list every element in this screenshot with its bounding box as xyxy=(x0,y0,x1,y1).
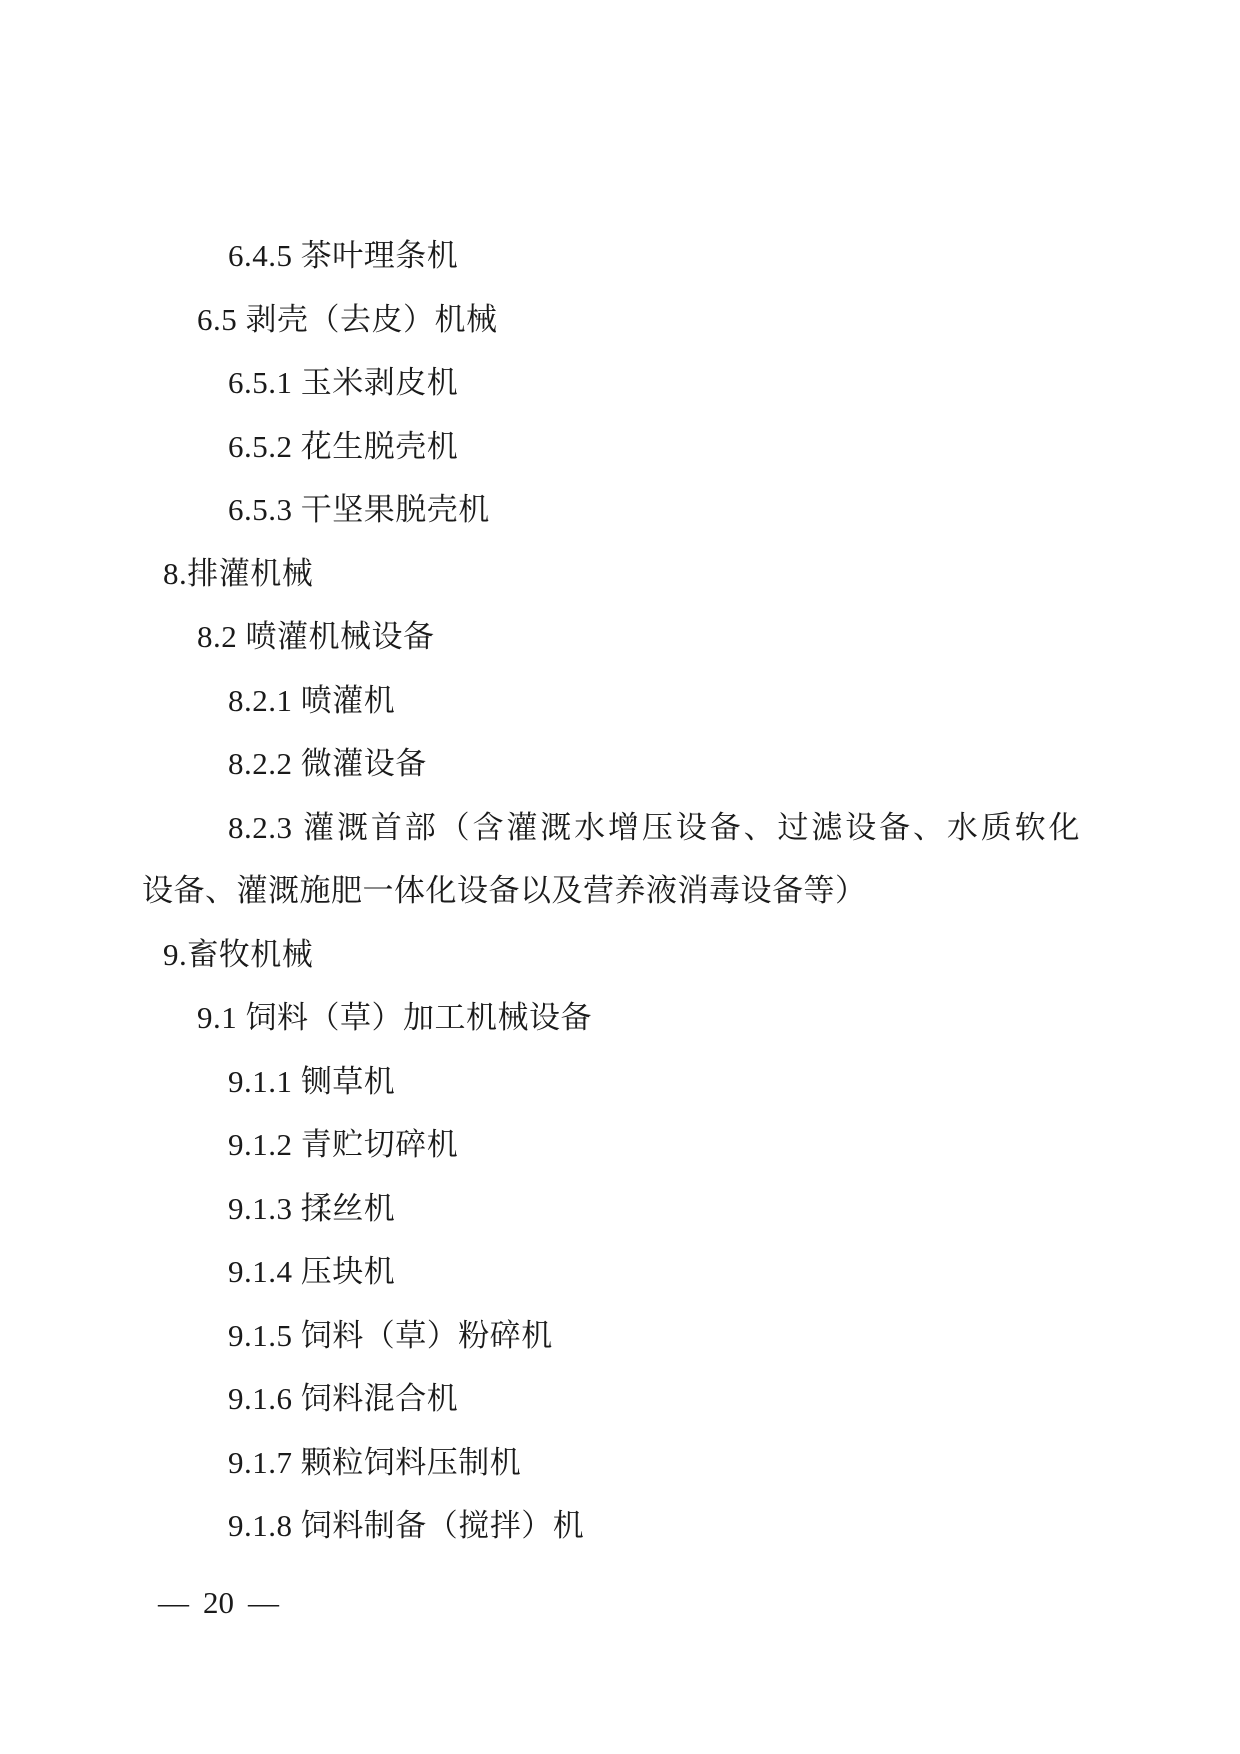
doc-line: 9.1.2 青贮切碎机 xyxy=(142,1113,1080,1177)
document-page: 6.4.5 茶叶理条机6.5 剥壳（去皮）机械6.5.1 玉米剥皮机6.5.2 … xyxy=(0,0,1240,1754)
document-body: 6.4.5 茶叶理条机6.5 剥壳（去皮）机械6.5.1 玉米剥皮机6.5.2 … xyxy=(142,224,1080,1558)
doc-line: 9.1.1 铡草机 xyxy=(142,1050,1080,1114)
doc-line: 6.4.5 茶叶理条机 xyxy=(142,224,1080,288)
doc-line: 6.5.3 干坚果脱壳机 xyxy=(142,478,1080,542)
doc-line: 8.排灌机械 xyxy=(142,542,1080,606)
doc-line: 9.1.4 压块机 xyxy=(142,1240,1080,1304)
doc-line: 9.1 饲料（草）加工机械设备 xyxy=(142,986,1080,1050)
doc-line: 9.畜牧机械 xyxy=(142,923,1080,987)
page-number: 20 xyxy=(203,1585,234,1620)
footer-dash-left: — xyxy=(158,1585,189,1620)
doc-line: 9.1.6 饲料混合机 xyxy=(142,1367,1080,1431)
doc-line: 8.2 喷灌机械设备 xyxy=(142,605,1080,669)
doc-line: 8.2.2 微灌设备 xyxy=(142,732,1080,796)
doc-line: 6.5.1 玉米剥皮机 xyxy=(142,351,1080,415)
doc-line: 设备、灌溉施肥一体化设备以及营养液消毒设备等） xyxy=(142,859,1080,923)
doc-line: 9.1.3 揉丝机 xyxy=(142,1177,1080,1241)
page-footer: —20— xyxy=(158,1584,279,1622)
doc-line: 6.5.2 花生脱壳机 xyxy=(142,415,1080,479)
doc-line: 9.1.5 饲料（草）粉碎机 xyxy=(142,1304,1080,1368)
footer-dash-right: — xyxy=(248,1585,279,1620)
doc-line: 9.1.7 颗粒饲料压制机 xyxy=(142,1431,1080,1495)
doc-line: 8.2.1 喷灌机 xyxy=(142,669,1080,733)
doc-line: 6.5 剥壳（去皮）机械 xyxy=(142,288,1080,352)
doc-line: 8.2.3 灌溉首部（含灌溉水增压设备、过滤设备、水质软化 xyxy=(142,796,1080,860)
doc-line: 9.1.8 饲料制备（搅拌）机 xyxy=(142,1494,1080,1558)
